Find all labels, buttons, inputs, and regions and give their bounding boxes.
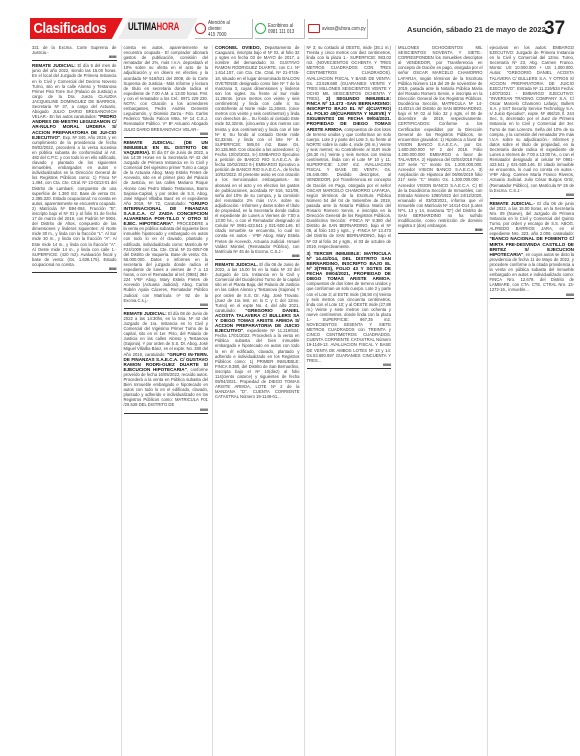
notice-details: , Exp. Nº 340, Año 2019, y en cumplimien…	[32, 135, 117, 267]
contact-email[interactable]: avisos@uhora.com.py	[308, 19, 368, 39]
notice-body: Nº 3; su costado al OESTE, mide (35.1 m.…	[307, 45, 392, 101]
section-title: Clasificados	[30, 18, 123, 39]
legal-notice: 321 de la Excma. Corte Suprema de Justic…	[32, 45, 117, 61]
notice-details: Con citación a los acreedores: 1) Fecha …	[215, 147, 300, 254]
legal-notice: REMATE JUDICIAL: El día 6 del mes de jun…	[32, 63, 117, 273]
classifieds-columns: 321 de la Excma. Corte Suprema de Justic…	[30, 45, 576, 756]
notice-details: , en cuyos autos se dicto la providencia…	[490, 252, 575, 293]
notice-code: IIIIIIII	[124, 408, 209, 414]
legal-notice: consta en autos, aparentemente se encuen…	[124, 45, 209, 138]
notice-body: 321 de la Excma. Corte Suprema de Justic…	[32, 45, 117, 55]
logo-hora: HORA	[156, 21, 179, 33]
notice-code: IIIIIIII	[398, 228, 483, 234]
column-2: consta en autos, aparentemente se encuen…	[121, 45, 211, 756]
whatsapp-icon	[255, 23, 266, 34]
notice-body: El día 06 de junio del 2022, a las 15.00…	[490, 201, 575, 237]
column-5: MILLONES OCHOCIENTOS MIL SEISCIENTOS NOV…	[395, 45, 485, 756]
notice-body: El día 06 de Junio de 2022, a las 15.00 …	[215, 262, 300, 313]
contact-phone-value: 415 7000	[208, 32, 226, 38]
contact-whatsapp[interactable]: Escribinos al 0981 111 013	[255, 19, 305, 39]
notice-body: MILLONES OCHOCIENTOS MIL SEISCIENTOS NOV…	[398, 45, 483, 228]
contact-email-value: avisos@uhora.com.py	[322, 26, 366, 32]
notice-code: IIIIIIII	[124, 303, 209, 309]
case-caption: 3) TERCER INMUEBLE: MATRICULA Nº 14.41/D…	[307, 251, 392, 281]
notice-code: IIIIIIII	[32, 267, 117, 273]
page-number: 37	[544, 18, 565, 40]
legal-notice: REMATE JUDICIAL: El día 08 de Junio de 2…	[124, 311, 209, 414]
column-1: 321 de la Excma. Corte Suprema de Justic…	[30, 45, 119, 756]
legal-notice: REMATE JUDICIAL: (DE UN INMUEBLE EN EL D…	[124, 140, 209, 309]
notice-body: El día 07 de Junio de 2022, a las 14:30 …	[124, 150, 209, 206]
notice-details: , expediente Nº 11.219/534. Fecha 17/01/…	[215, 328, 300, 399]
phone-icon	[195, 23, 206, 34]
notice-body: El día 6 del mes de junio del año 2022, …	[32, 63, 117, 119]
column-4: Nº 3; su costado al OESTE, mide (35.1 m.…	[304, 45, 394, 756]
legal-notice: REMATE JUDICIAL. El día 06 de Junio de 2…	[215, 262, 300, 400]
legal-notice: Nº 3; su costado al OESTE, mide (35.1 m.…	[307, 45, 392, 249]
legal-notice: MILLONES OCHOCIENTOS MIL SEISCIENTOS NOV…	[398, 45, 483, 234]
notice-details: , compuestos de dos lotes de terreno uni…	[307, 127, 392, 249]
notice-body: consta en autos, aparentemente se encuen…	[124, 45, 209, 132]
mail-icon	[308, 24, 320, 33]
contact-whatsapp-value: 0981 111 013	[268, 29, 294, 35]
ultimahora-logo: ULTIMAHORA	[128, 21, 179, 33]
notice-code: IIIIIIII	[307, 363, 392, 369]
contact-phone-label: Atención al cliente:	[208, 20, 230, 32]
issue-date: Asunción, sábado 21 de mayo de 2022	[407, 25, 546, 34]
notice-code: IIIIIIII	[124, 132, 209, 138]
notice-details: , conforme proveído de fecha 16/05/2022,…	[124, 367, 209, 408]
notice-body: El día 08 de Junio de 2022 a las 14:30hs…	[124, 311, 209, 357]
column-6: ejecutivos en los autos: EMBARGO EJECUTI…	[487, 45, 577, 756]
notice-code: IIIIIIII	[490, 193, 575, 199]
legal-notice: CORONEL OVIEDO, Departamento de Caaguazú…	[215, 45, 300, 260]
notice-details: , compuestos de dos lotes de terreno uni…	[307, 276, 392, 363]
notice-code: IIIIIIII	[490, 293, 575, 299]
logo-ultima: ULTIMA	[128, 21, 156, 33]
notice-code: IIIIIIII	[215, 254, 300, 260]
legal-notice: ejecutivos en los autos: EMBARGO EJECUTI…	[490, 45, 575, 199]
notice-body: Departamento de Caaguazú, inscripta bajo…	[215, 45, 300, 152]
legal-notice: REMATE JUDICIAL.- El día 06 de junio del…	[490, 201, 575, 299]
column-3: CORONEL OVIEDO, Departamento de Caaguazú…	[212, 45, 302, 756]
contact-phone[interactable]: Atención al cliente: 415 7000	[195, 19, 253, 39]
notice-code: IIIIIIII	[32, 55, 117, 61]
page-header: Clasificados ULTIMAHORA Atención al clie…	[0, 0, 580, 42]
notice-details: . PROCEDERE a la venta en pública subast…	[124, 221, 209, 302]
legal-notice: 3) TERCER INMUEBLE: MATRICULA Nº 14.41/D…	[307, 251, 392, 369]
notice-body: ejecutivos en los autos: EMBARGO EJECUTI…	[490, 45, 575, 193]
